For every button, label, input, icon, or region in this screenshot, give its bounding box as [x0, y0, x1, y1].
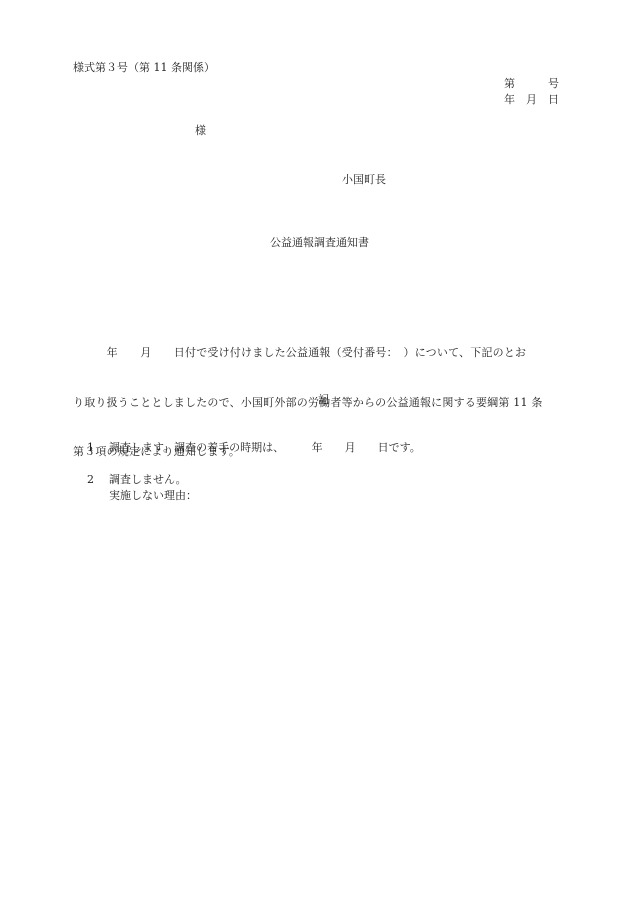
addressee: 様	[195, 124, 206, 138]
item-number: 1	[87, 441, 94, 455]
document-number: 第 号	[504, 77, 559, 91]
item-number: 2	[87, 473, 94, 487]
item-subtext: 実施しない理由：	[109, 489, 197, 503]
document-title: 公益通報調査通知書	[270, 236, 369, 250]
ki-heading: 記	[318, 393, 329, 407]
body-line-1: 年 月 日付で受け付けました公益通報（受付番号： ）について、下記のとお	[73, 345, 581, 362]
form-label: 様式第３号（第 11 条関係）	[73, 61, 215, 75]
sender: 小国町長	[342, 173, 386, 187]
item-text: 調査します。調査の着手の時期は、 年 月 日です。	[109, 441, 421, 455]
document-date: 年 月 日	[504, 93, 559, 107]
item-text: 調査しません。	[109, 473, 187, 487]
